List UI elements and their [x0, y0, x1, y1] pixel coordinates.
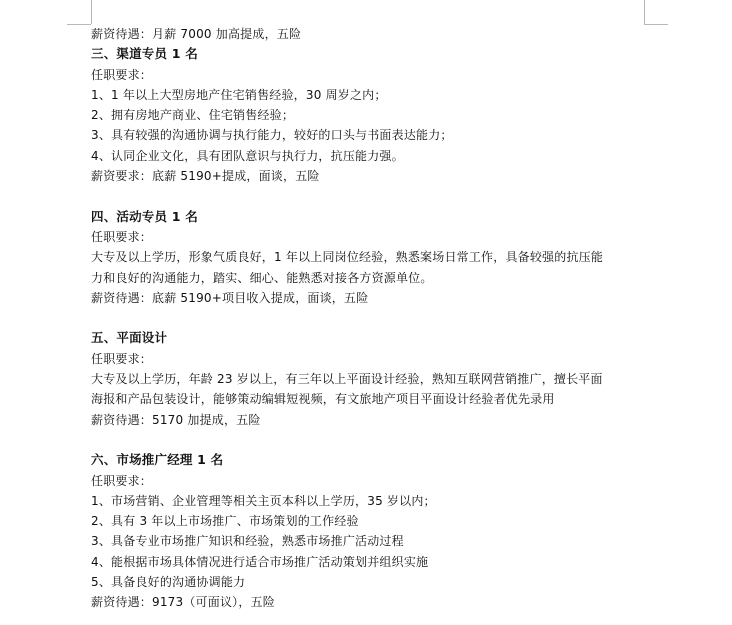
section-heading: 三、渠道专员 1 名 — [91, 44, 661, 64]
document-page: 薪资待遇：月薪 7000 加高提成，五险 三、渠道专员 1 名 任职要求： 1、… — [91, 24, 661, 613]
salary-line: 薪资要求：底薪 5190+提成，面谈，五险 — [91, 166, 661, 186]
section-heading: 五、平面设计 — [91, 328, 661, 348]
blank-line — [91, 308, 661, 328]
intro-salary-line: 薪资待遇：月薪 7000 加高提成，五险 — [91, 24, 661, 44]
requirement-item: 4、能根据市场具体情况进行适合市场推广活动策划并组织实施 — [91, 552, 661, 572]
blank-line — [91, 186, 661, 206]
blank-line — [91, 430, 661, 450]
requirements-label: 任职要求： — [91, 65, 661, 85]
salary-line: 薪资待遇：底薪 5190+项目收入提成，面谈，五险 — [91, 288, 661, 308]
requirement-item: 5、具备良好的沟通协调能力 — [91, 572, 661, 592]
requirement-item: 1、1 年以上大型房地产住宅销售经验，30 周岁之内； — [91, 85, 661, 105]
requirements-label: 任职要求： — [91, 349, 661, 369]
requirement-item: 力和良好的沟通能力，踏实、细心、能熟悉对接各方资源单位。 — [91, 268, 661, 288]
salary-line: 薪资待遇：5170 加提成，五险 — [91, 410, 661, 430]
section-heading: 六、市场推广经理 1 名 — [91, 450, 661, 470]
requirement-item: 大专及以上学历，年龄 23 岁以上，有三年以上平面设计经验，熟知互联网营销推广，… — [91, 369, 661, 389]
requirement-item: 2、拥有房地产商业、住宅销售经验； — [91, 105, 661, 125]
requirement-item: 1、市场营销、企业管理等相关主页本科以上学历，35 岁以内； — [91, 491, 661, 511]
section-graphic-design: 五、平面设计 任职要求： 大专及以上学历，年龄 23 岁以上，有三年以上平面设计… — [91, 328, 661, 429]
section-heading: 四、活动专员 1 名 — [91, 207, 661, 227]
requirement-item: 3、具备专业市场推广知识和经验，熟悉市场推广活动过程 — [91, 531, 661, 551]
requirement-item: 大专及以上学历，形象气质良好，1 年以上同岗位经验，熟悉案场日常工作，具备较强的… — [91, 247, 661, 267]
requirement-item: 海报和产品包装设计，能够策动编辑短视频，有文旅地产项目平面设计经验者优先录用 — [91, 389, 661, 409]
section-channel-specialist: 三、渠道专员 1 名 任职要求： 1、1 年以上大型房地产住宅销售经验，30 周… — [91, 44, 661, 186]
requirement-item: 2、具有 3 年以上市场推广、市场策划的工作经验 — [91, 511, 661, 531]
crop-mark-left-horizontal — [67, 24, 91, 25]
requirements-label: 任职要求： — [91, 227, 661, 247]
crop-mark-right-vertical — [644, 0, 645, 24]
section-marketing-manager: 六、市场推广经理 1 名 任职要求： 1、市场营销、企业管理等相关主页本科以上学… — [91, 450, 661, 612]
requirement-item: 4、认同企业文化，具有团队意识与执行力，抗压能力强。 — [91, 146, 661, 166]
section-event-specialist: 四、活动专员 1 名 任职要求： 大专及以上学历，形象气质良好，1 年以上同岗位… — [91, 207, 661, 308]
requirements-label: 任职要求： — [91, 471, 661, 491]
salary-line: 薪资待遇：9173（可面议），五险 — [91, 592, 661, 612]
crop-mark-left-vertical — [91, 0, 92, 24]
requirement-item: 3、具有较强的沟通协调与执行能力，较好的口头与书面表达能力； — [91, 125, 661, 145]
